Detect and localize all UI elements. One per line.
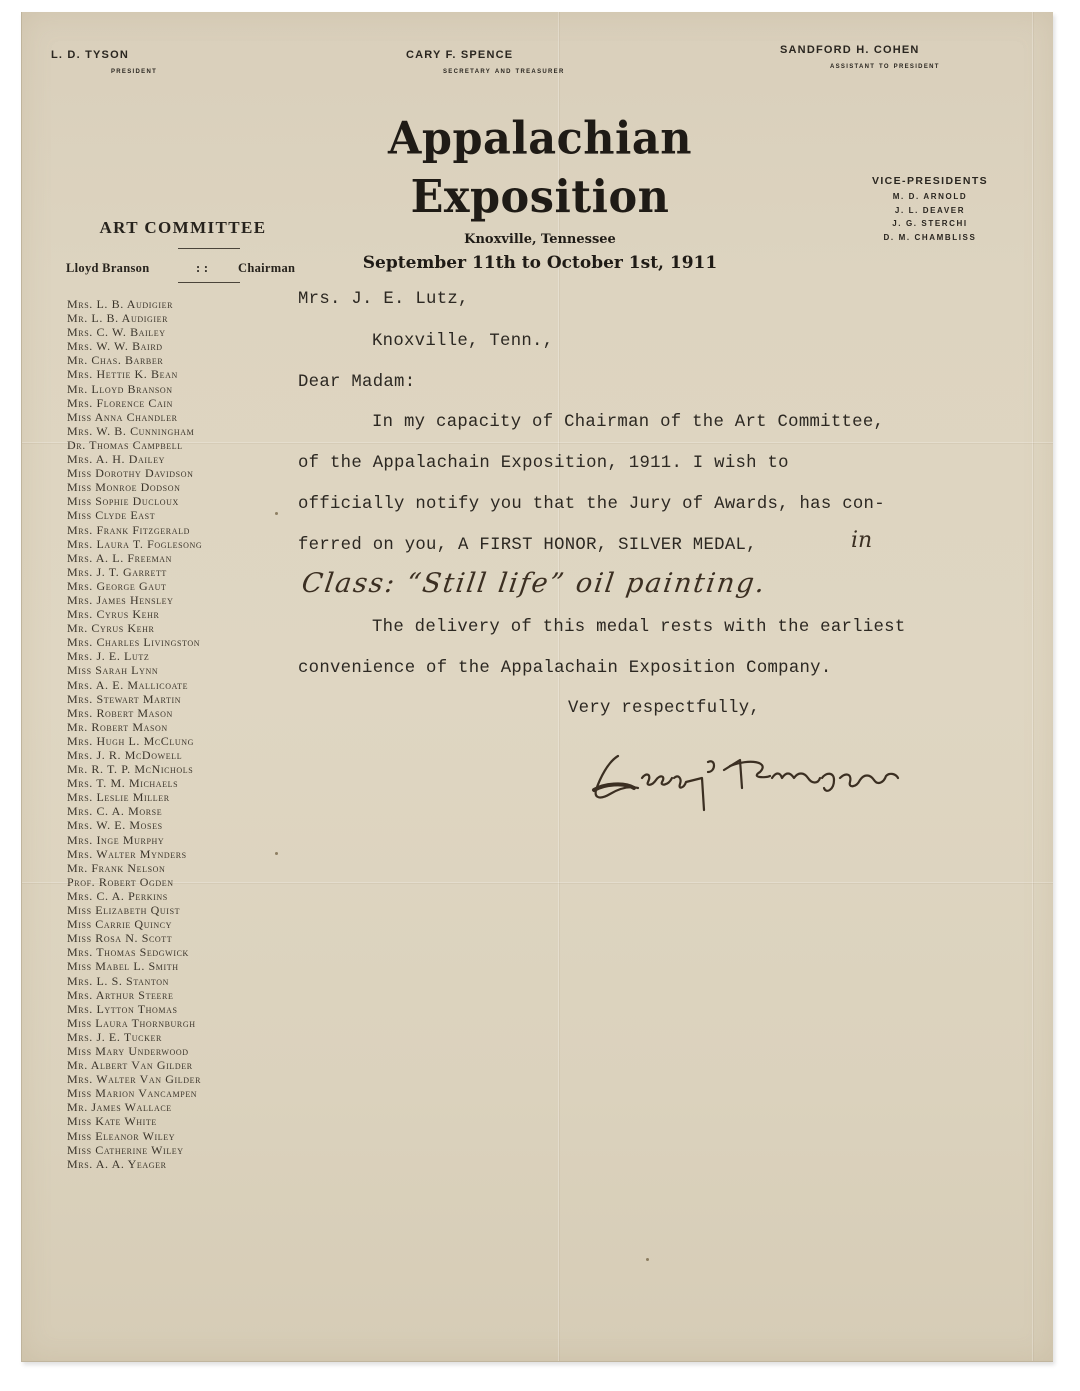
art-committee: ART COMMITTEE Lloyd Branson : : Chairman xyxy=(60,218,322,283)
vice-presidents-heading: VICE-PRESIDENTS xyxy=(855,175,1005,187)
committee-member: Mrs. C. W. Bailey xyxy=(67,325,287,339)
committee-member: Mrs. James Hensley xyxy=(67,593,287,607)
committee-member: Mrs. C. A. Morse xyxy=(67,804,287,818)
committee-member: Mr. Albert Van Gilder xyxy=(67,1058,287,1072)
committee-member: Mrs. C. A. Perkins xyxy=(67,889,287,903)
committee-member: Mr. R. T. P. McNichols xyxy=(67,762,287,776)
committee-member: Mrs. J. R. McDowell xyxy=(67,748,287,762)
committee-member: Mrs. Robert Mason xyxy=(67,706,287,720)
committee-member: Mrs. A. E. Mallicoate xyxy=(67,678,287,692)
committee-member: Mrs. Florence Cain xyxy=(67,396,287,410)
exposition-city: Knoxville, Tennessee xyxy=(290,232,790,247)
vice-president-name: J. L. DEAVER xyxy=(855,204,1005,218)
committee-member: Mrs. A. A. Yeager xyxy=(67,1157,287,1171)
vice-president-name: M. D. ARNOLD xyxy=(855,190,1005,204)
officer-role: President xyxy=(51,65,157,75)
officer-name: L. D. TYSON xyxy=(51,49,157,61)
vice-president-name: J. G. STERCHI xyxy=(855,217,1005,231)
committee-member: Miss Mary Underwood xyxy=(67,1044,287,1058)
body-line: of the Appalachain Exposition, 1911. I w… xyxy=(298,454,789,473)
body-line: convenience of the Appalachain Expositio… xyxy=(298,659,832,678)
signature-scribble-icon: Lloyd Branson xyxy=(590,748,940,818)
art-committee-heading: ART COMMITTEE xyxy=(60,218,322,238)
officer-role: Assistant to President xyxy=(780,60,940,70)
committee-member: Mrs. J. E. Tucker xyxy=(67,1030,287,1044)
committee-member: Mrs. Inge Murphy xyxy=(67,833,287,847)
committee-member: Mrs. Hettie K. Bean xyxy=(67,367,287,381)
closing: Very respectfully, xyxy=(568,699,760,718)
committee-member: Mr. Lloyd Branson xyxy=(67,382,287,396)
handwritten-class-line: Class: “Still life” oil painting. xyxy=(300,568,769,599)
committee-member: Mrs. Cyrus Kehr xyxy=(67,607,287,621)
recipient-city: Knoxville, Tenn., xyxy=(298,332,553,351)
vice-president-name: D. M. CHAMBLISS xyxy=(855,231,1005,245)
committee-member: Mrs. Charles Livingston xyxy=(67,635,287,649)
committee-member: Mrs. Stewart Martin xyxy=(67,692,287,706)
paper-spot xyxy=(646,1258,649,1261)
committee-member: Mrs. W. W. Baird xyxy=(67,339,287,353)
committee-member: Mrs. A. L. Freeman xyxy=(67,551,287,565)
masthead: Appalachian Exposition Knoxville, Tennes… xyxy=(290,112,790,273)
committee-member: Prof. Robert Ogden xyxy=(67,875,287,889)
committee-member: Miss Eleanor Wiley xyxy=(67,1129,287,1143)
committee-member: Miss Anna Chandler xyxy=(67,410,287,424)
committee-member: Miss Catherine Wiley xyxy=(67,1143,287,1157)
committee-member: Dr. Thomas Campbell xyxy=(67,438,287,452)
exposition-dates: September 11th to October 1st, 1911 xyxy=(290,253,790,273)
divider xyxy=(178,282,240,283)
signature: Lloyd Branson xyxy=(590,748,940,818)
committee-member: Mrs. Arthur Steere xyxy=(67,988,287,1002)
committee-member: Mr. L. B. Audigier xyxy=(67,311,287,325)
committee-member: Mrs. George Gaut xyxy=(67,579,287,593)
committee-member: Mrs. Frank Fitzgerald xyxy=(67,523,287,537)
recipient-name: Mrs. J. E. Lutz, xyxy=(298,290,469,309)
committee-member: Miss Laura Thornburgh xyxy=(67,1016,287,1030)
committee-member: Miss Mabel L. Smith xyxy=(67,959,287,973)
body-line: The delivery of this medal rests with th… xyxy=(298,618,906,637)
committee-member: Mrs. Laura T. Foglesong xyxy=(67,537,287,551)
committee-member: Miss Monroe Dodson xyxy=(67,480,287,494)
salutation: Dear Madam: xyxy=(298,373,415,392)
committee-member: Miss Rosa N. Scott xyxy=(67,931,287,945)
handwritten-insert: in xyxy=(851,528,872,553)
committee-member: Mr. Robert Mason xyxy=(67,720,287,734)
committee-member: Mrs. J. T. Garrett xyxy=(67,565,287,579)
body-line: officially notify you that the Jury of A… xyxy=(298,495,885,514)
committee-member: Mrs. Lytton Thomas xyxy=(67,1002,287,1016)
chairman-line: Lloyd Branson : : Chairman xyxy=(60,261,322,276)
committee-member: Mrs. A. H. Dailey xyxy=(67,452,287,466)
committee-member: Mr. James Wallace xyxy=(67,1100,287,1114)
chairman-title: Chairman xyxy=(238,261,295,276)
committee-member: Mrs. Leslie Miller xyxy=(67,790,287,804)
committee-member: Mrs. Walter Mynders xyxy=(67,847,287,861)
committee-member: Mr. Cyrus Kehr xyxy=(67,621,287,635)
committee-member: Mrs. W. B. Cunningham xyxy=(67,424,287,438)
committee-member: Miss Elizabeth Quist xyxy=(67,903,287,917)
body-line: ferred on you, A FIRST HONOR, SILVER MED… xyxy=(298,536,757,555)
committee-member: Miss Dorothy Davidson xyxy=(67,466,287,480)
officer-assistant-to-president: SANDFORD H. COHEN Assistant to President xyxy=(780,44,940,70)
committee-member: Mrs. Hugh L. McClung xyxy=(67,734,287,748)
officer-name: CARY F. SPENCE xyxy=(406,49,565,61)
exposition-title: Appalachian Exposition xyxy=(290,109,790,227)
committee-member: Mrs. W. E. Moses xyxy=(67,818,287,832)
chairman-separator: : : xyxy=(196,261,238,276)
committee-member: Mrs. L. S. Stanton xyxy=(67,974,287,988)
chairman-name: Lloyd Branson xyxy=(66,261,196,276)
committee-member: Miss Carrie Quincy xyxy=(67,917,287,931)
officer-secretary-treasurer: CARY F. SPENCE Secretary and Treasurer xyxy=(406,49,565,75)
committee-member: Miss Clyde East xyxy=(67,508,287,522)
paper-spot xyxy=(275,852,278,855)
vice-presidents: VICE-PRESIDENTS M. D. ARNOLD J. L. DEAVE… xyxy=(855,175,1005,244)
committee-member: Miss Marion Vancampen xyxy=(67,1086,287,1100)
committee-member: Mr. Chas. Barber xyxy=(67,353,287,367)
committee-member-list: Mrs. L. B. AudigierMr. L. B. AudigierMrs… xyxy=(67,297,287,1171)
fold-line-vertical xyxy=(1032,12,1033,1361)
committee-member: Mrs. Thomas Sedgwick xyxy=(67,945,287,959)
divider xyxy=(178,248,240,249)
committee-member: Miss Sophie Ducloux xyxy=(67,494,287,508)
officer-name: SANDFORD H. COHEN xyxy=(780,44,940,56)
committee-member: Miss Kate White xyxy=(67,1114,287,1128)
officer-president: L. D. TYSON President xyxy=(51,49,157,75)
committee-member: Mrs. J. E. Lutz xyxy=(67,649,287,663)
committee-member: Mr. Frank Nelson xyxy=(67,861,287,875)
committee-member: Mrs. L. B. Audigier xyxy=(67,297,287,311)
committee-member: Miss Sarah Lynn xyxy=(67,663,287,677)
officer-role: Secretary and Treasurer xyxy=(406,65,565,75)
body-line: In my capacity of Chairman of the Art Co… xyxy=(298,413,884,432)
paper-spot xyxy=(275,512,278,515)
committee-member: Mrs. Walter Van Gilder xyxy=(67,1072,287,1086)
committee-member: Mrs. T. M. Michaels xyxy=(67,776,287,790)
